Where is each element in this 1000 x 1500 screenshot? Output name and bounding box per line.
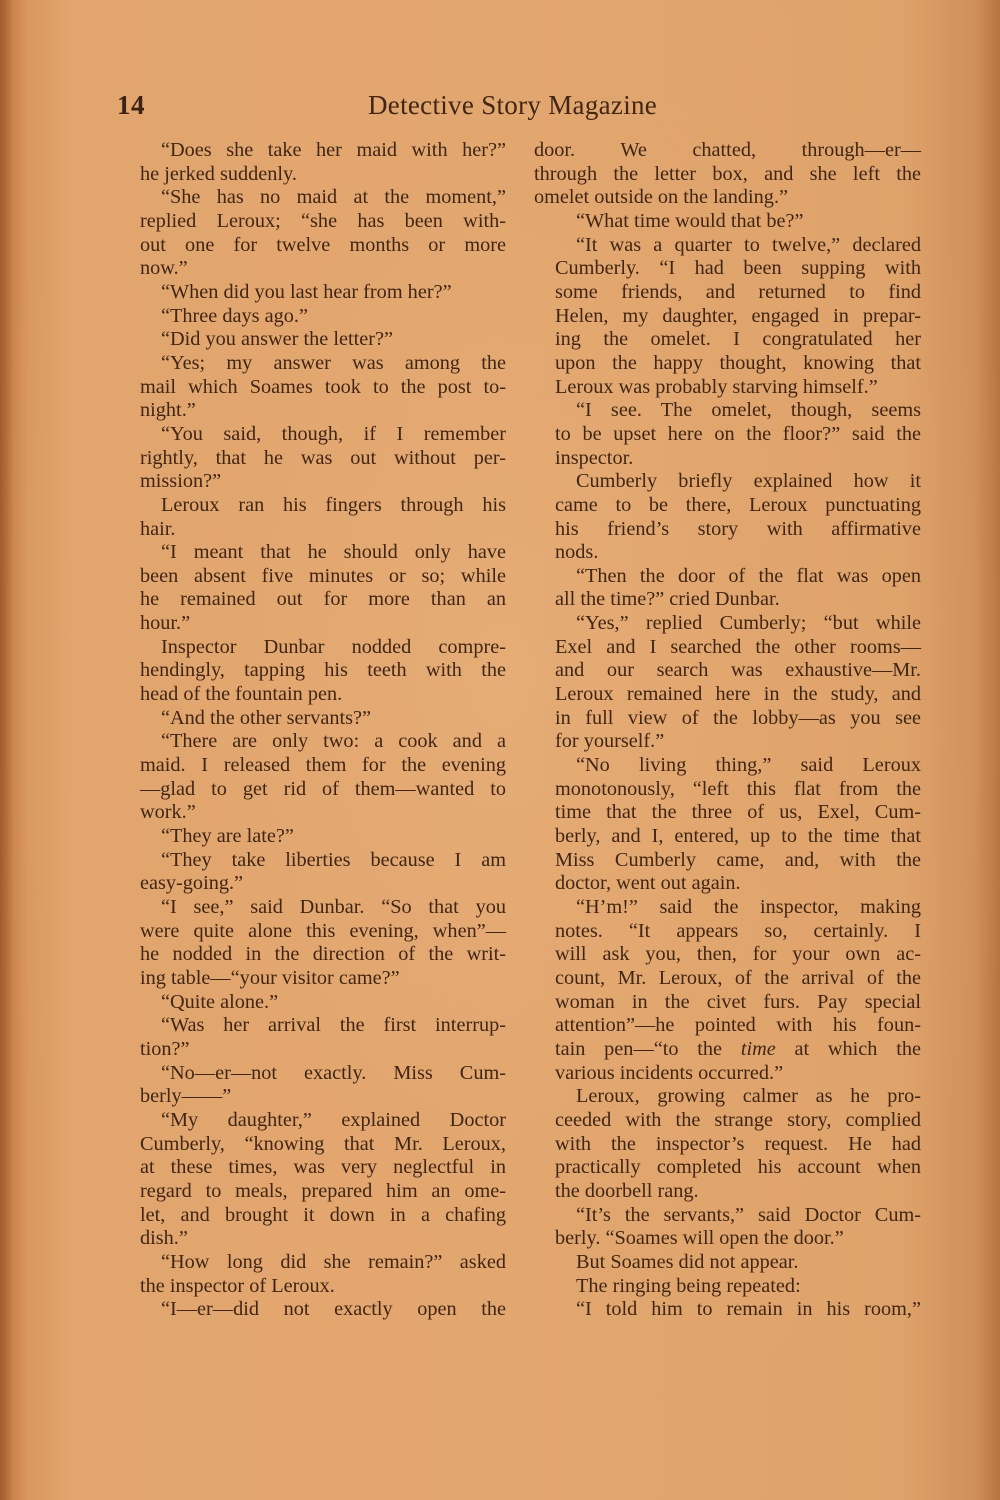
text-line: “It was a quarter to twelve,” declared [534, 234, 921, 258]
text-line: with the inspector’s request. He had [534, 1133, 921, 1157]
text-column-right: door. We chatted, through—er—through the… [534, 139, 921, 1322]
text-line: doctor, went out again. [534, 872, 921, 896]
paragraph: “I meant that he should only havebeen ab… [119, 541, 506, 636]
text-line: berly——” [119, 1085, 506, 1109]
page-spine-shadow [0, 0, 14, 1500]
text-line: “I see,” said Dunbar. “So that you [119, 896, 506, 920]
text-line: “Yes,” replied Cumberly; “but while [534, 612, 921, 636]
text-line: he remained out for more than an [119, 588, 506, 612]
paragraph: “Yes,” replied Cumberly; “but whileExel … [534, 612, 921, 754]
text-line: Leroux ran his fingers through his [119, 494, 506, 518]
text-line: he jerked suddenly. [119, 163, 506, 187]
text-line: But Soames did not appear. [534, 1251, 921, 1275]
text-line: inspector. [534, 447, 921, 471]
text-line: woman in the civet furs. Pay special [534, 991, 921, 1015]
text-line: out one for twelve months or more [119, 234, 506, 258]
text-line: head of the fountain pen. [119, 683, 506, 707]
paragraph: “It’s the servants,” said Doctor Cum-ber… [534, 1204, 921, 1251]
text-line: “No living thing,” said Leroux [534, 754, 921, 778]
text-line: Inspector Dunbar nodded compre- [119, 636, 506, 660]
text-line: tion?” [119, 1038, 506, 1062]
paragraph: “I told him to remain in his room,” [534, 1298, 921, 1322]
text-line: tain pen—“to the time at which the [534, 1038, 921, 1062]
text-line: “H’m!” said the inspector, making [534, 896, 921, 920]
text-line: “Quite alone.” [119, 991, 506, 1015]
text-line: easy-going.” [119, 872, 506, 896]
paragraph: Cumberly briefly explained how itcame to… [534, 470, 921, 565]
text-line: “I see. The omelet, though, seems [534, 399, 921, 423]
paragraph: “Does she take her maid with her?”he jer… [119, 139, 506, 186]
text-line: “They take liberties because I am [119, 849, 506, 873]
text-line: hour.” [119, 612, 506, 636]
paragraph: door. We chatted, through—er—through the… [534, 139, 921, 210]
text-line: the inspector of Leroux. [119, 1275, 506, 1299]
text-line: Cumberly, “knowing that Mr. Leroux, [119, 1133, 506, 1157]
paragraph: The ringing being repeated: [534, 1275, 921, 1299]
text-line: the doorbell rang. [534, 1180, 921, 1204]
text-line: Leroux, growing calmer as he pro- [534, 1085, 921, 1109]
text-line: regard to meals, prepared him an ome- [119, 1180, 506, 1204]
text-line: attention”—he pointed with his foun- [534, 1014, 921, 1038]
text-line: work.” [119, 801, 506, 825]
text-line: “I meant that he should only have [119, 541, 506, 565]
text-line: The ringing being repeated: [534, 1275, 921, 1299]
text-line: “Three days ago.” [119, 305, 506, 329]
paragraph: “H’m!” said the inspector, makingnotes. … [534, 896, 921, 1085]
text-line: “How long did she remain?” asked [119, 1251, 506, 1275]
text-line: Miss Cumberly came, and, with the [534, 849, 921, 873]
paragraph: “They take liberties because I ameasy-go… [119, 849, 506, 896]
text-line: were quite alone this evening, when”— [119, 920, 506, 944]
paragraph: “And the other servants?” [119, 707, 506, 731]
text-line: monotonously, “left this flat from the [534, 778, 921, 802]
paragraph: “Was her arrival the first interrup-tion… [119, 1014, 506, 1061]
paragraph: “You said, though, if I rememberrightly,… [119, 423, 506, 494]
text-line: berly. “Soames will open the door.” [534, 1227, 921, 1251]
text-line: hendingly, tapping his teeth with the [119, 659, 506, 683]
text-line: dish.” [119, 1227, 506, 1251]
text-line: berly, and I, entered, up to the time th… [534, 825, 921, 849]
paragraph: “My daughter,” explained DoctorCumberly,… [119, 1109, 506, 1251]
text-line: “And the other servants?” [119, 707, 506, 731]
text-line: practically completed his account when [534, 1156, 921, 1180]
text-line: hair. [119, 518, 506, 542]
paragraph: “When did you last hear from her?” [119, 281, 506, 305]
text-line: upon the happy thought, knowing that [534, 352, 921, 376]
page-number: 14 [117, 90, 145, 121]
text-line: Exel and I searched the other rooms— [534, 636, 921, 660]
text-line: “I told him to remain in his room,” [534, 1298, 921, 1322]
paragraph: “I see,” said Dunbar. “So that youwere q… [119, 896, 506, 991]
text-line: replied Leroux; “she has been with- [119, 210, 506, 234]
paragraph: “I see. The omelet, though, seemsto be u… [534, 399, 921, 470]
paragraph: “Did you answer the letter?” [119, 328, 506, 352]
text-line: his friend’s story with affirmative [534, 518, 921, 542]
paragraph: “I—er—did not exactly open the [119, 1298, 506, 1322]
text-line: “Yes; my answer was among the [119, 352, 506, 376]
text-line: time that the three of us, Exel, Cum- [534, 801, 921, 825]
text-line: Cumberly. “I had been supping with [534, 257, 921, 281]
text-line: in full view of the lobby—as you see [534, 707, 921, 731]
magazine-page: 14 Detective Story Magazine “Does she ta… [0, 0, 1000, 1500]
text-line: “Then the door of the flat was open [534, 565, 921, 589]
text-line: “Did you answer the letter?” [119, 328, 506, 352]
paragraph: But Soames did not appear. [534, 1251, 921, 1275]
text-line: ing the omelet. I congratulated her [534, 328, 921, 352]
text-line: “She has no maid at the moment,” [119, 186, 506, 210]
running-head: 14 Detective Story Magazine [117, 90, 920, 124]
paragraph: “No—er—not exactly. Miss Cum-berly——” [119, 1062, 506, 1109]
text-line: “When did you last hear from her?” [119, 281, 506, 305]
paragraph: “It was a quarter to twelve,” declaredCu… [534, 234, 921, 400]
text-line: —glad to get rid of them—wanted to [119, 778, 506, 802]
text-line: Leroux was probably starving himself.” [534, 376, 921, 400]
text-line: “Does she take her maid with her?” [119, 139, 506, 163]
text-line: let, and brought it down in a chafing [119, 1204, 506, 1228]
text-line: Cumberly briefly explained how it [534, 470, 921, 494]
text-line: door. We chatted, through—er— [534, 139, 921, 163]
paragraph: “There are only two: a cook and amaid. I… [119, 730, 506, 825]
text-line: through the letter box, and she left the [534, 163, 921, 187]
text-line: some friends, and returned to find [534, 281, 921, 305]
text-line: been absent five minutes or so; while [119, 565, 506, 589]
text-line: various incidents occurred.” [534, 1062, 921, 1086]
text-line: “No—er—not exactly. Miss Cum- [119, 1062, 506, 1086]
magazine-title: Detective Story Magazine [368, 90, 657, 121]
text-line: ceeded with the strange story, complied [534, 1109, 921, 1133]
text-line: rightly, that he was out without per- [119, 447, 506, 471]
text-line: “Was her arrival the first interrup- [119, 1014, 506, 1038]
text-line: ing table—“your visitor came?” [119, 967, 506, 991]
text-line: all the time?” cried Dunbar. [534, 588, 921, 612]
text-line: now.” [119, 257, 506, 281]
paragraph: “Yes; my answer was among themail which … [119, 352, 506, 423]
text-line: “It’s the servants,” said Doctor Cum- [534, 1204, 921, 1228]
text-line: “There are only two: a cook and a [119, 730, 506, 754]
text-line: nods. [534, 541, 921, 565]
text-line: maid. I released them for the evening [119, 754, 506, 778]
text-line: came to be there, Leroux punctuating [534, 494, 921, 518]
paragraph: “How long did she remain?” askedthe insp… [119, 1251, 506, 1298]
text-column-left: “Does she take her maid with her?”he jer… [119, 139, 506, 1322]
text-line: Helen, my daughter, engaged in prepar- [534, 305, 921, 329]
text-line: and our search was exhaustive—Mr. [534, 659, 921, 683]
text-line: for yourself.” [534, 730, 921, 754]
text-line: to be upset here on the floor?” said the [534, 423, 921, 447]
text-line: Leroux remained here in the study, and [534, 683, 921, 707]
text-line: notes. “It appears so, certainly. I [534, 920, 921, 944]
text-line: “They are late?” [119, 825, 506, 849]
text-line: “My daughter,” explained Doctor [119, 1109, 506, 1133]
text-line: he nodded in the direction of the writ- [119, 943, 506, 967]
text-line: “What time would that be?” [534, 210, 921, 234]
paragraph: “Three days ago.” [119, 305, 506, 329]
paragraph: Inspector Dunbar nodded compre-hendingly… [119, 636, 506, 707]
paragraph: “They are late?” [119, 825, 506, 849]
paragraph: “No living thing,” said Lerouxmonotonous… [534, 754, 921, 896]
text-line: “I—er—did not exactly open the [119, 1298, 506, 1322]
paragraph: “What time would that be?” [534, 210, 921, 234]
paragraph: “Then the door of the flat was openall t… [534, 565, 921, 612]
text-line: at these times, was very neglectful in [119, 1156, 506, 1180]
text-line: night.” [119, 399, 506, 423]
text-line: omelet outside on the landing.” [534, 186, 921, 210]
text-line: mail which Soames took to the post to- [119, 376, 506, 400]
text-line: mission?” [119, 470, 506, 494]
text-line: count, Mr. Leroux, of the arrival of the [534, 967, 921, 991]
text-line: “You said, though, if I remember [119, 423, 506, 447]
paragraph: “Quite alone.” [119, 991, 506, 1015]
paragraph: Leroux, growing calmer as he pro-ceeded … [534, 1085, 921, 1203]
paragraph: “She has no maid at the moment,”replied … [119, 186, 506, 281]
paragraph: Leroux ran his fingers through hishair. [119, 494, 506, 541]
text-line: will ask you, then, for your own ac- [534, 943, 921, 967]
